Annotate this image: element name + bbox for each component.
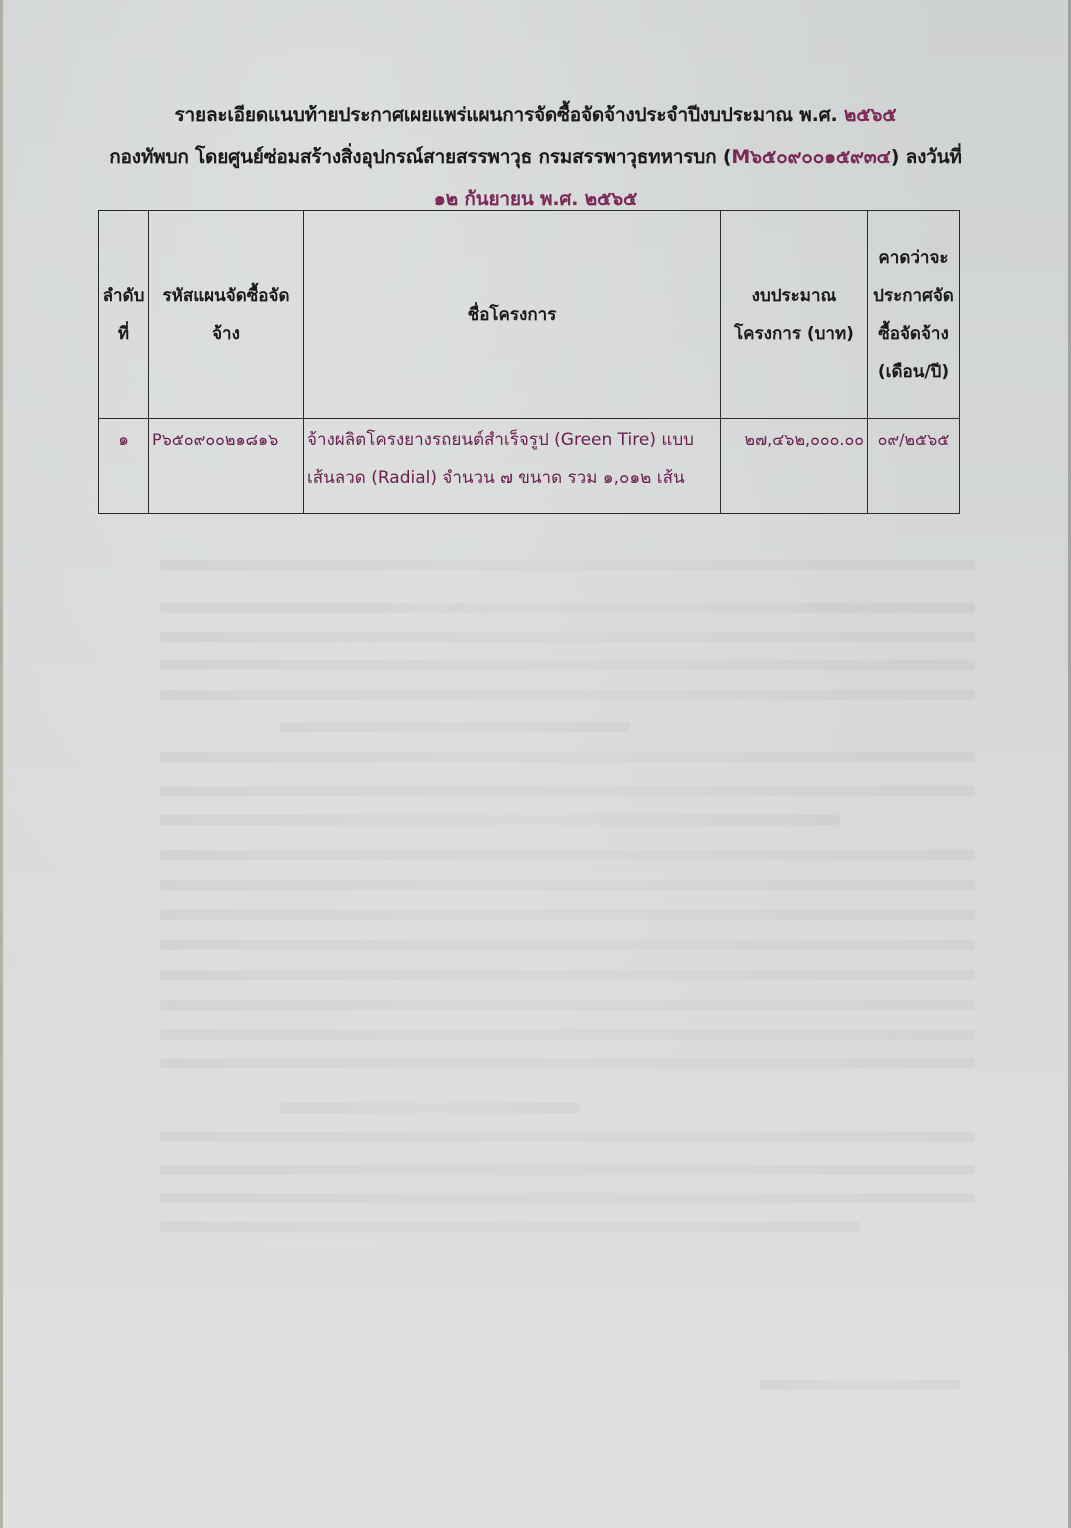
cell-plan-code: P๖๕๐๙๐๐๒๑๘๑๖ [149, 419, 304, 514]
header-project-name: ชื่อโครงการ [304, 211, 721, 419]
announcement-date: ๑๒ กันยายน พ.ศ. ๒๕๖๕ [434, 188, 637, 210]
page-edge-left [0, 0, 3, 1528]
cell-budget: ๒๗,๔๖๒,๐๐๐.๐๐ [721, 419, 868, 514]
table-row: ๑ P๖๕๐๙๐๐๒๑๘๑๖ จ้างผลิตโครงยางรถยนต์สำเร… [99, 419, 960, 514]
cell-no: ๑ [99, 419, 149, 514]
fiscal-year: ๒๕๖๕ [844, 104, 897, 126]
header-plan-code: รหัสแผนจัดซื้อจัดจ้าง [149, 211, 304, 419]
announcement-code: M๖๕๐๙๐๐๑๕๙๓๔ [731, 146, 890, 168]
cell-project-name: จ้างผลิตโครงยางรถยนต์สำเร็จรูป (Green Ti… [304, 419, 721, 514]
document-title-line-1: รายละเอียดแนบท้ายประกาศเผยแพร่แผนการจัดซ… [0, 100, 1071, 130]
header-expected-date: คาดว่าจะประกาศจัดซื้อจัดจ้าง (เดือน/ปี) [868, 211, 960, 419]
header-no: ลำดับที่ [99, 211, 149, 419]
header-budget: งบประมาณโครงการ (บาท) [721, 211, 868, 419]
procurement-plan-table: ลำดับที่ รหัสแผนจัดซื้อจัดจ้าง ชื่อโครงก… [98, 210, 960, 514]
organization-text: กองทัพบก โดยศูนย์ซ่อมสร้างสิ่งอุปกรณ์สาย… [109, 146, 731, 168]
document-title-line-2: กองทัพบก โดยศูนย์ซ่อมสร้างสิ่งอุปกรณ์สาย… [0, 142, 1071, 172]
table-header-row: ลำดับที่ รหัสแผนจัดซื้อจัดจ้าง ชื่อโครงก… [99, 211, 960, 419]
scanned-page: รายละเอียดแนบท้ายประกาศเผยแพร่แผนการจัดซ… [0, 0, 1071, 1528]
dated-text: ) ลงวันที่ [891, 146, 962, 168]
title-text: รายละเอียดแนบท้ายประกาศเผยแพร่แผนการจัดซ… [175, 104, 844, 126]
cell-expected-date: ๐๙/๒๕๖๕ [868, 419, 960, 514]
